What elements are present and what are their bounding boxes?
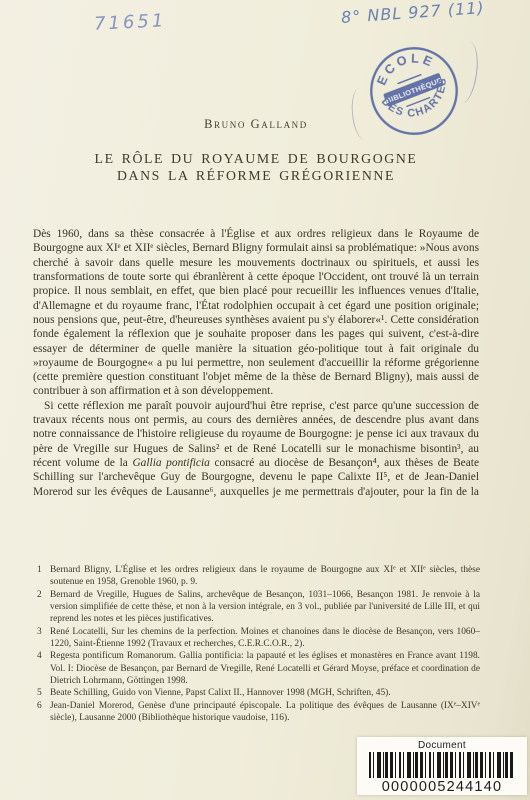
footnote-number: 1 — [37, 564, 42, 576]
footnote-text: Bernard Bligny, L'Église et les ordres r… — [50, 565, 480, 587]
footnote: 3René Locatelli, Sur les chemins de la p… — [33, 626, 480, 651]
body-paragraph-1: Dès 1960, dans sa thèse consacrée à l'Ég… — [33, 227, 479, 399]
footnote: 1Bernard Bligny, L'Église et les ordres … — [33, 564, 480, 589]
footnotes-block: 1Bernard Bligny, L'Église et les ordres … — [33, 564, 480, 724]
footnote-text: Bernard de Vregille, Hugues de Salins, a… — [50, 590, 480, 625]
handwritten-accession-number: 71651 — [93, 10, 166, 35]
barcode-label: Document 0000005244140 — [357, 737, 527, 795]
article-body: Dès 1960, dans sa thèse consacrée à l'Ég… — [33, 227, 479, 499]
footnote-number: 5 — [37, 687, 42, 699]
footnote-number: 4 — [37, 650, 42, 662]
footnote: 4Regesta pontificum Romanorum. Gallia po… — [33, 650, 480, 687]
handwritten-shelfmark: 8° NBL 927 (11) — [341, 0, 486, 27]
footnote-number: 2 — [37, 589, 42, 601]
article-title: LE RÔLE DU ROYAUME DE BOURGOGNE DANS LA … — [33, 150, 479, 184]
footnote: 5Beate Schilling, Guido von Vienne, Paps… — [33, 687, 480, 699]
footnote: 2Bernard de Vregille, Hugues de Salins, … — [33, 589, 480, 626]
footnote-text: Regesta pontificum Romanorum. Gallia pon… — [50, 651, 480, 686]
title-line-2: DANS LA RÉFORME GRÉGORIENNE — [117, 168, 395, 183]
footnote-number: 6 — [37, 700, 42, 712]
title-line-1: LE RÔLE DU ROYAUME DE BOURGOGNE — [95, 151, 418, 166]
footnote-text: Beate Schilling, Guido von Vienne, Papst… — [50, 688, 391, 698]
scanned-page: 71651 8° NBL 927 (11) ECOLE BIBLIOTHÈQUE… — [0, 0, 530, 800]
author-name: Bruno Galland — [33, 117, 479, 132]
barcode-caption: Document — [357, 740, 527, 751]
footnote-text: René Locatelli, Sur les chemins de la pe… — [50, 627, 480, 649]
barcode-icon — [369, 752, 515, 778]
body-paragraph-2: Si cette réflexion me paraît pouvoir auj… — [33, 399, 479, 499]
barcode-number: 0000005244140 — [357, 779, 527, 795]
footnote-number: 3 — [37, 626, 42, 638]
footnote: 6Jean-Daniel Morerod, Genèse d'une princ… — [33, 700, 480, 725]
footnote-text: Jean-Daniel Morerod, Genèse d'une princi… — [50, 701, 480, 723]
italic-work-title: Gallia pontificia — [132, 457, 209, 469]
